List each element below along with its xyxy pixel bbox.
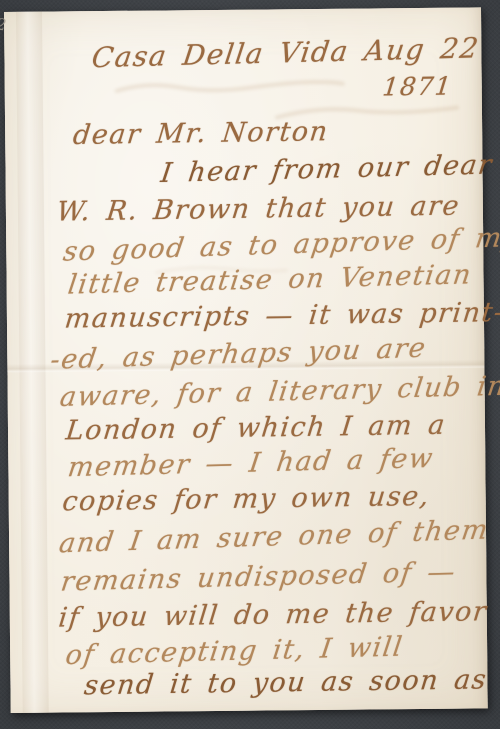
letter-line: manuscripts — it was print- [63,299,500,333]
letter-salutation: dear Mr. Norton [72,118,330,149]
letter-line: of accepting it, I will [64,634,405,670]
letter-page: Casa Della Vida Aug 22 1871 dear Mr. Nor… [4,7,488,713]
letter-line: send it to you as soon as [83,666,489,699]
letter-photograph: Casa Della Vida Aug 22 1871 dear Mr. Nor… [0,0,500,729]
letter-line: if you will do me the favor [57,598,489,631]
letter-line: W. R. Brown that you are [55,193,461,226]
letter-line: London of which I am a [64,412,447,445]
letter-line: copies for my own use, [61,483,431,515]
letter-year: 1871 [381,74,453,100]
